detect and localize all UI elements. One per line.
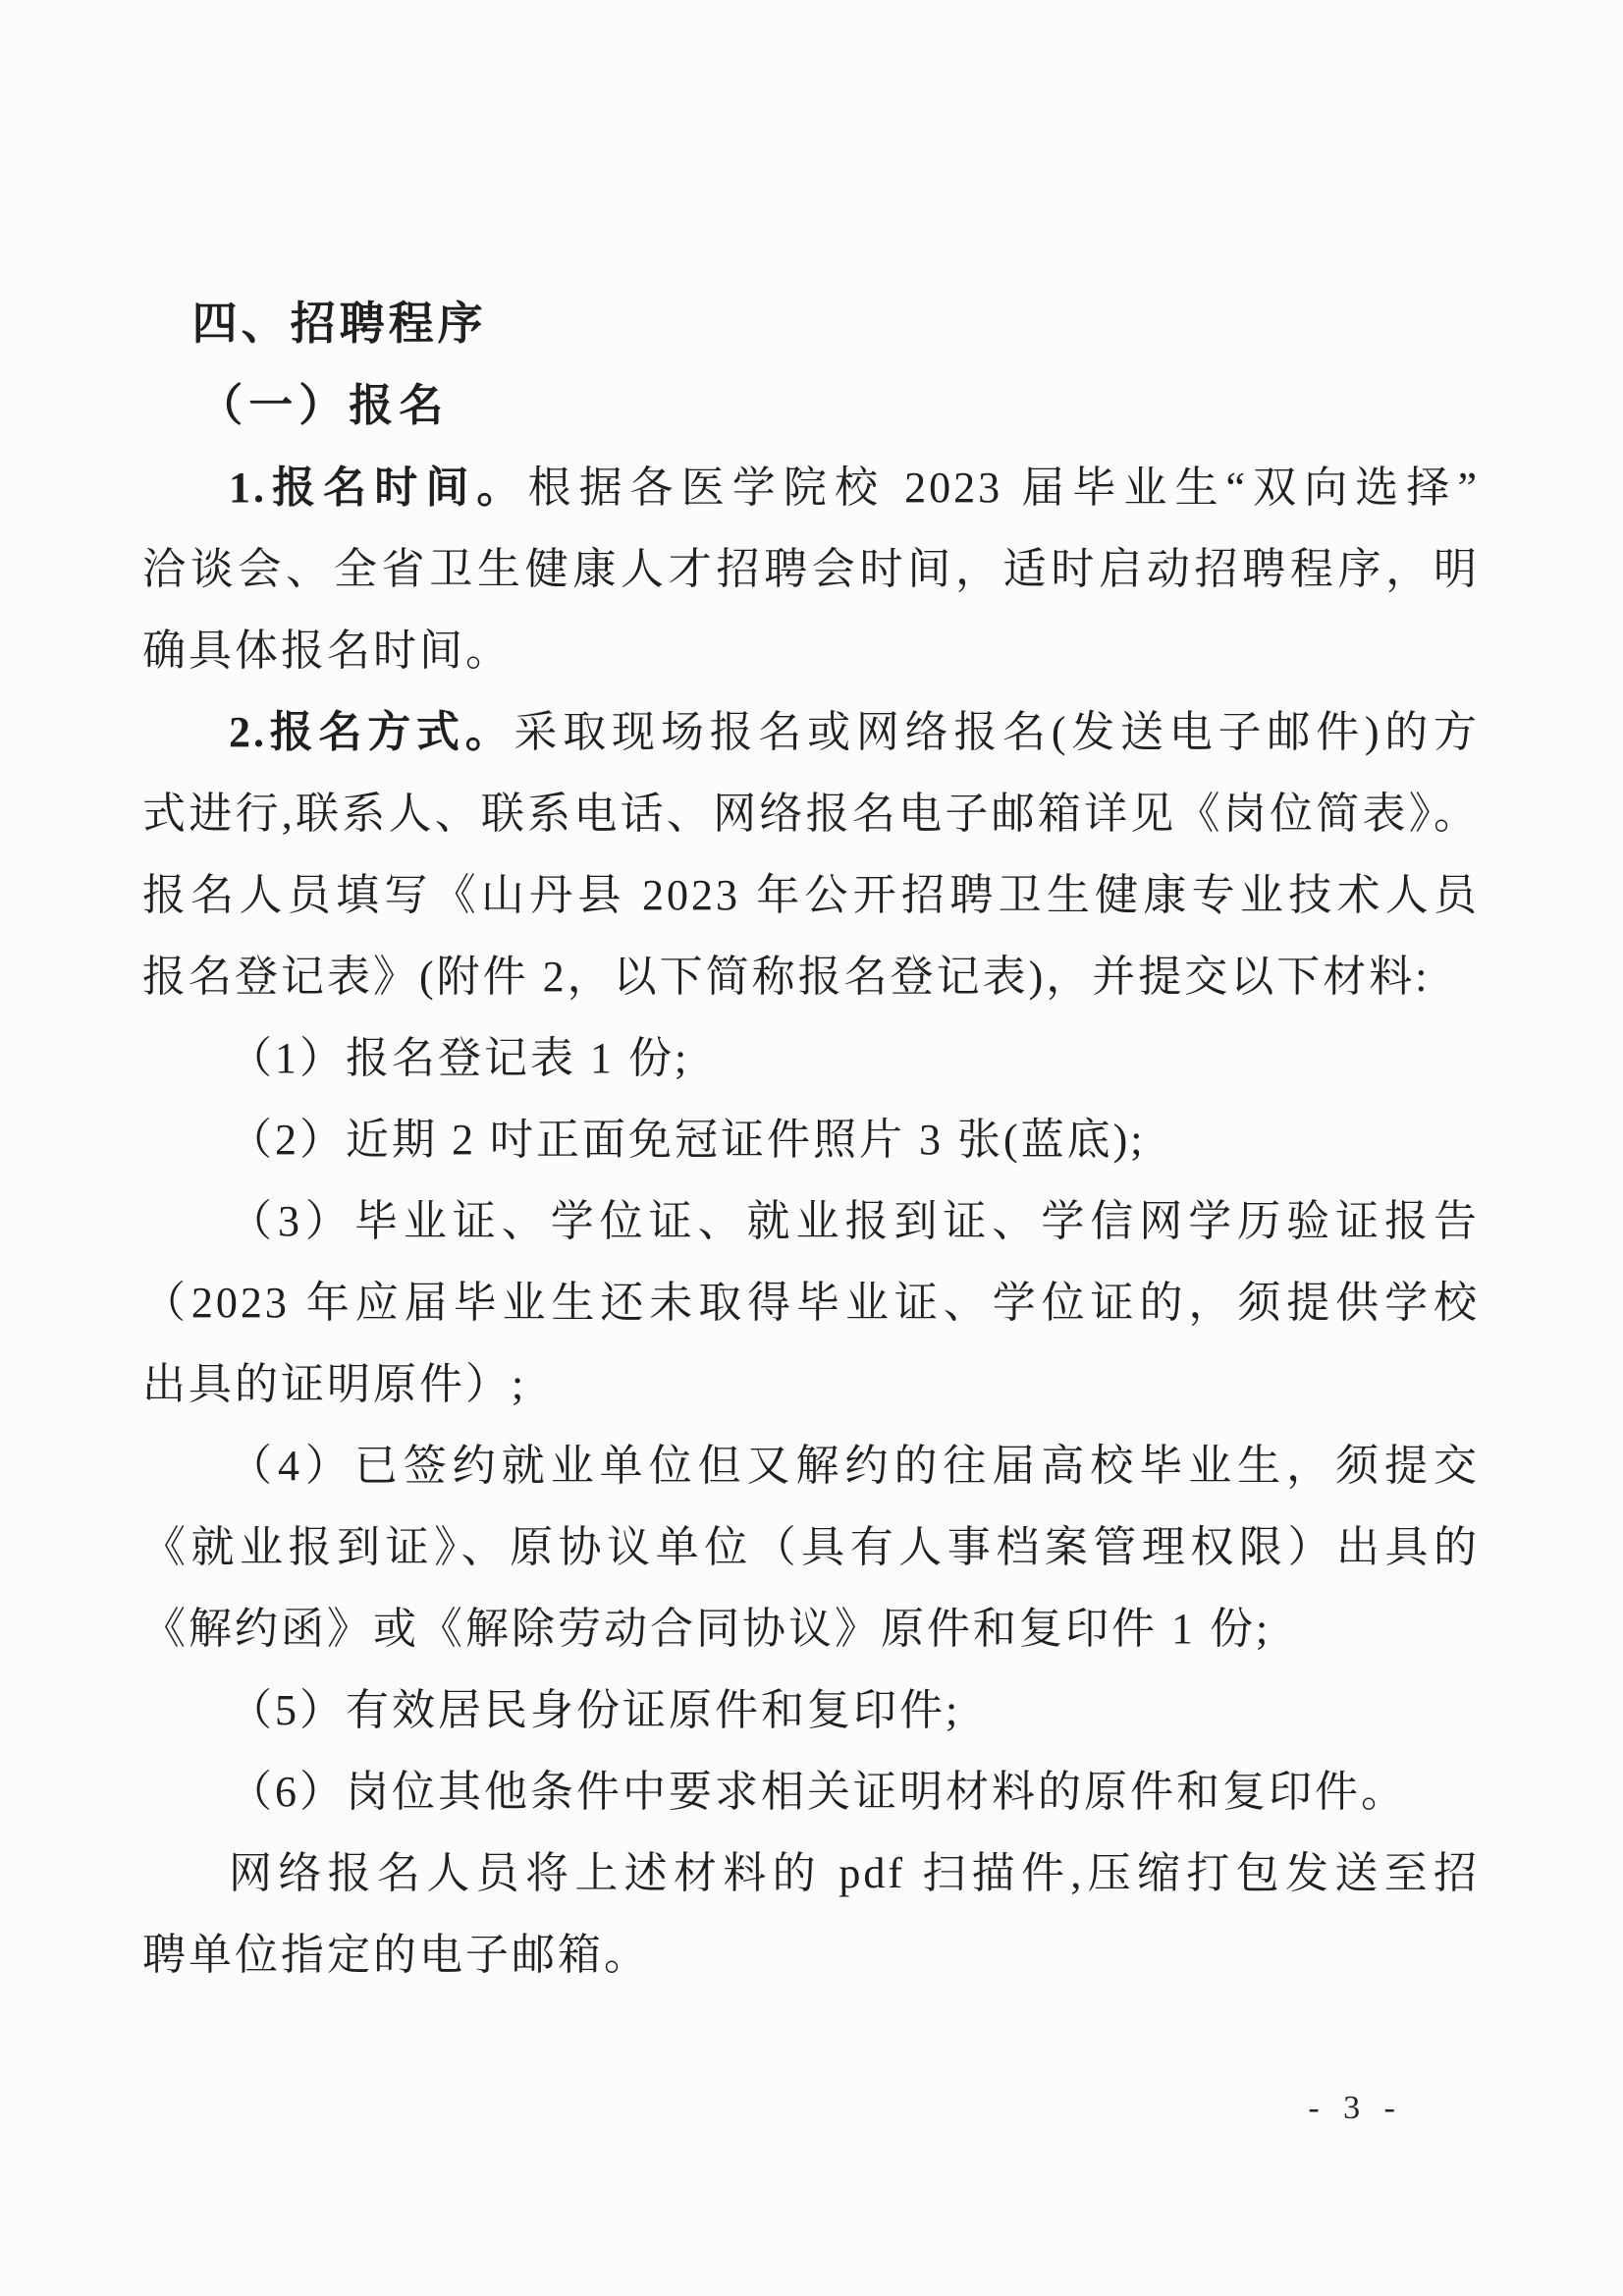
text-line: 1.报名时间。根据各医学院校 2023 届毕业生“双向选择” — [142, 447, 1480, 528]
subsection-heading: （一）报名 — [142, 365, 1480, 447]
text-line: 2.报名方式。采取现场报名或网络报名(发送电子邮件)的方 — [142, 691, 1480, 773]
text-line: （3）毕业证、学位证、就业报到证、学信网学历验证报告 — [142, 1180, 1480, 1262]
text-line: 《就业报到证》、原协议单位（具有人事档案管理权限）出具的 — [142, 1506, 1480, 1588]
document-page: 四、招聘程序 （一）报名 1.报名时间。根据各医学院校 2023 届毕业生“双向… — [0, 0, 1623, 2296]
text-line: 洽谈会、全省卫生健康人才招聘会时间，适时启动招聘程序，明 — [142, 528, 1480, 610]
paragraph-lead: 1.报名时间。 — [229, 464, 527, 512]
paragraph-lead: 2.报名方式。 — [229, 708, 514, 756]
document-content: 四、招聘程序 （一）报名 1.报名时间。根据各医学院校 2023 届毕业生“双向… — [142, 283, 1480, 1995]
document-body: 1.报名时间。根据各医学院校 2023 届毕业生“双向选择”洽谈会、全省卫生健康… — [142, 447, 1480, 1995]
text-line: 《解约函》或《解除劳动合同协议》原件和复印件 1 份; — [142, 1588, 1480, 1669]
text-line: （6）岗位其他条件中要求相关证明材料的原件和复印件。 — [142, 1751, 1480, 1832]
page-number: - 3 - — [1308, 2090, 1403, 2127]
text-line: （4）已签约就业单位但又解约的往届高校毕业生，须提交 — [142, 1425, 1480, 1506]
text-line: 网络报名人员将上述材料的 pdf 扫描件,压缩打包发送至招 — [142, 1832, 1480, 1914]
subsection-title: （一）报名 — [198, 381, 449, 430]
text-line: 出具的证明原件）; — [142, 1343, 1480, 1425]
text-line: 报名人员填写《山丹县 2023 年公开招聘卫生健康专业技术人员 — [142, 854, 1480, 936]
text-line: 报名登记表》(附件 2，以下简称报名登记表)，并提交以下材料: — [142, 936, 1480, 1017]
text-line: 聘单位指定的电子邮箱。 — [142, 1914, 1480, 1995]
section-title: 四、招聘程序 — [192, 298, 487, 349]
text-line: （2023 年应届毕业生还未取得毕业证、学位证的，须提供学校 — [142, 1262, 1480, 1343]
text-line: 式进行,联系人、联系电话、网络报名电子邮箱详见《岗位简表》。 — [142, 773, 1480, 854]
text-line: （2）近期 2 吋正面免冠证件照片 3 张(蓝底); — [142, 1099, 1480, 1180]
text-line: （1）报名登记表 1 份; — [142, 1017, 1480, 1099]
text-line: 确具体报名时间。 — [142, 610, 1480, 691]
text-line: （5）有效居民身份证原件和复印件; — [142, 1669, 1480, 1751]
section-heading: 四、招聘程序 — [142, 283, 1480, 365]
